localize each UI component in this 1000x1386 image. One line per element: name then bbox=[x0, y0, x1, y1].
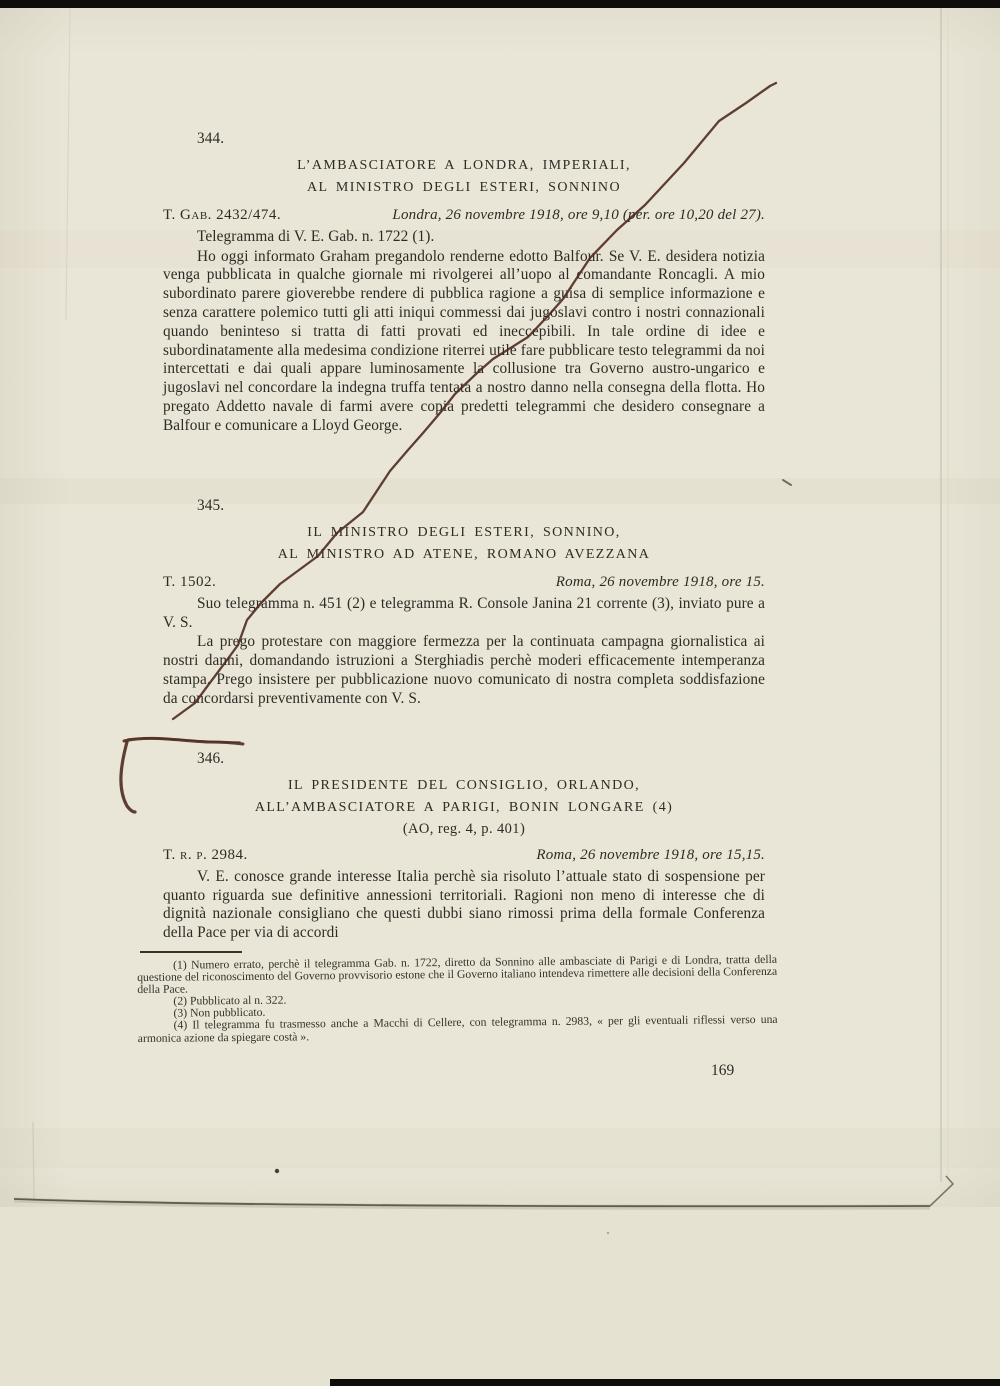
heading-line-2: AL MINISTRO DEGLI ESTERI, SONNINO bbox=[163, 177, 765, 199]
heading-line-2: ALL’AMBASCIATORE A PARIGI, BONIN LONGARE… bbox=[163, 797, 765, 819]
page-number: 169 bbox=[711, 1062, 734, 1080]
scan-shading-band bbox=[0, 1128, 1000, 1168]
scanned-page: 344. L’AMBASCIATORE A LONDRA, IMPERIALI,… bbox=[0, 0, 1000, 1386]
dateline: Roma, 26 novembre 1918, ore 15. bbox=[556, 573, 765, 592]
reference-line: T. 1502. Roma, 26 novembre 1918, ore 15. bbox=[163, 573, 765, 592]
paragraph: Suo telegramma n. 451 (2) e telegramma R… bbox=[163, 595, 765, 633]
heading-line-1: IL PRESIDENTE DEL CONSIGLIO, ORLANDO, bbox=[163, 775, 765, 797]
heading-line-1: IL MINISTRO DEGLI ESTERI, SONNINO, bbox=[163, 522, 765, 544]
scan-border-bottom bbox=[330, 1379, 1000, 1386]
document-344: 344. L’AMBASCIATORE A LONDRA, IMPERIALI,… bbox=[163, 130, 765, 436]
document-number: 346. bbox=[163, 750, 765, 769]
paragraph: Ho oggi informato Graham pregandolo rend… bbox=[163, 248, 765, 436]
ink-speck bbox=[607, 1232, 609, 1234]
document-345: 345. IL MINISTRO DEGLI ESTERI, SONNINO, … bbox=[163, 497, 765, 709]
document-number: 345. bbox=[163, 497, 765, 516]
footnote-separator-rule bbox=[140, 951, 242, 953]
document-heading: IL MINISTRO DEGLI ESTERI, SONNINO, AL MI… bbox=[163, 522, 765, 566]
document-heading: L’AMBASCIATORE A LONDRA, IMPERIALI, AL M… bbox=[163, 155, 765, 199]
dateline: Londra, 26 novembre 1918, ore 9,10 (per.… bbox=[392, 206, 765, 225]
reference-line: T. r. p. 2984. Roma, 26 novembre 1918, o… bbox=[163, 846, 765, 865]
paragraph: V. E. conosce grande interesse Italia pe… bbox=[163, 868, 765, 943]
footnote-1: (1) Numero errato, perchè il telegramma … bbox=[137, 954, 777, 996]
footnotes-block: (1) Numero errato, perchè il telegramma … bbox=[137, 954, 778, 1045]
document-number: 344. bbox=[163, 130, 765, 149]
telegram-reference: T. Gab. 2432/474. bbox=[163, 206, 281, 225]
heading-line-2: AL MINISTRO AD ATENE, ROMANO AVEZZANA bbox=[163, 544, 765, 566]
scan-border-top bbox=[0, 0, 1000, 8]
document-346: 346. IL PRESIDENTE DEL CONSIGLIO, ORLAND… bbox=[163, 750, 765, 943]
heading-line-1: L’AMBASCIATORE A LONDRA, IMPERIALI, bbox=[163, 155, 765, 177]
dateline: Roma, 26 novembre 1918, ore 15,15. bbox=[536, 846, 765, 865]
paragraph: La prego protestare con maggiore fermezz… bbox=[163, 633, 765, 708]
archive-reference: (AO, reg. 4, p. 401) bbox=[163, 820, 765, 839]
telegram-reference: T. 1502. bbox=[163, 573, 216, 592]
document-heading: IL PRESIDENTE DEL CONSIGLIO, ORLANDO, AL… bbox=[163, 775, 765, 819]
reference-line: T. Gab. 2432/474. Londra, 26 novembre 19… bbox=[163, 206, 765, 225]
telegram-reference: T. r. p. 2984. bbox=[163, 846, 248, 865]
paragraph: Telegramma di V. E. Gab. n. 1722 (1). bbox=[163, 228, 765, 247]
